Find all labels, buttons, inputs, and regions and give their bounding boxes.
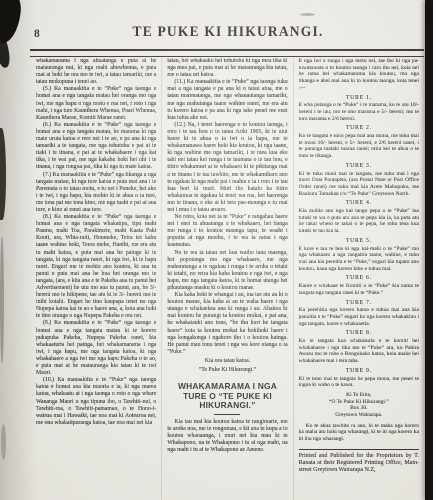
valediction-line: Kia ora tatau katoa. [167,358,287,365]
address-line: Greytown Wairarapa. [299,412,419,419]
signature-line: “Te Puke Ki Hikurangi.” [167,367,287,374]
ture-2-text: Ko te tangata e tono pepa mai ana mona, … [299,133,419,160]
ture-8-heading: TURE 8. [299,330,419,337]
ture-6-heading: TURE 6. [299,275,419,282]
rules-intro-paragraph: E nga iwi o runga i nga motu nei, tae ih… [299,58,419,92]
ture-7-heading: TURE 7. [299,300,419,307]
header-double-rule [30,49,424,57]
paragraph-blessing: Kia tau mai kia koutou katoa te rangimar… [167,419,287,454]
ture-4-heading: TURE 4. [299,200,419,207]
column-3: E nga iwi o runga i nga motu nei, tae ih… [293,58,419,500]
scan-speck-top [300,13,315,16]
ture-1-heading: TURE 1. [299,95,419,102]
paragraph-clause-5: (5.) Ka manaakitia e te “Puke” nga taong… [36,86,156,121]
printer-imprint: Printed and Published for the Proprietor… [299,453,419,475]
ture-3-text: Ki te tuku moni mai te tangata, me tuku … [299,171,419,198]
paragraph: No reira, koia nei ta te “Puke” e rangah… [167,214,287,249]
paragraph: Kia kaha hoki te whangai i au, ina tae a… [167,292,287,356]
heading-rule [214,414,240,415]
page-header: 8 TE PUKE KI HIKURANGI. [36,24,420,46]
paragraph-clause-12: (12.) Na, i tenei haerenga o to koutou t… [167,122,287,214]
paragraph: whakamarama i nga ahuatanga e puta ai he… [36,58,156,86]
address-line: Ki Te Etita, [299,392,419,399]
ture-2-heading: TURE 2. [299,125,419,132]
paragraph-clause-9: (9.) Ka manaakitia e te “Puke” nga taong… [36,320,156,377]
ture-9-heading: TURE 9. [299,368,419,375]
ture-7-text: Ka perehitia nga korero katoa e tukua ma… [299,307,419,327]
ture-5-heading: TURE 5. [299,238,419,245]
imprint-rule [299,449,419,450]
scan-mark-left-mid [0,236,4,364]
paragraph-clause-11: (11.) Ka manaakitia e te “Puke” nga taon… [167,79,287,122]
column-2: tatau, hei whakaako hei tohutohu ki nga … [161,58,292,500]
ture-4-text: Kia mohio ano nga kai tango pepa o te “P… [299,208,419,235]
ture-8-text: Ko te tangata kua whakaturia e te komiti… [299,338,419,365]
scan-mark-left-upper [0,128,6,220]
paragraph-clause-8: (8.) Ka manaakitia e te “Puke” nga taong… [36,214,156,320]
ture-5-text: E kore e tau te hea ki nga kai-mahi o te… [299,246,419,273]
paragraph-clause-6: (6.) Ka manaakitia e te “Puke” nga taong… [36,122,156,172]
editor-address-block: Ki Te Etita, “O Te Puke Ki Hikurangi.” B… [299,392,419,419]
scan-mark-left-lower [1,424,6,460]
paragraph: tatau, hei whakaako hei tohutohu ki nga … [167,58,287,79]
paragraph-clause-7: (7.) Ka manaakitia e te “Puke” nga tikan… [36,172,156,215]
paragraph: No te wa ia tatau nei kua waiho tana mae… [167,250,287,293]
scan-edge-right-bar [425,0,433,500]
column-1: whakamarama i nga ahuatanga e puta ai he… [36,58,161,500]
article-columns: whakamarama i nga ahuatanga e puta ai he… [36,58,419,500]
closing-note-paragraph: Ko te ahua tawhito ra ano, ki te maha ng… [299,423,419,443]
newspaper-page: 8 TE PUKE KI HIKURANGI. whakamarama i ng… [0,0,436,500]
ture-1-text: E wha putanga o te “Puke” i te marama, k… [299,102,419,122]
ture-3-heading: TURE 3. [299,163,419,170]
masthead-title: TE PUKE KI HIKURANGI. [36,24,420,41]
paragraph-clause-10: (10.) Ka manaakitia e te “Puke” nga taon… [36,377,156,427]
section-heading: WHAKAMARAMA I NGA TURE O “TE PUKE KI HIK… [167,382,287,411]
ture-6-text: Kaore e whakaae te Komiti o te “Puke” ki… [299,283,419,296]
ture-9-text: Ki te tono mai te tangata he pepa mona, … [299,376,419,389]
